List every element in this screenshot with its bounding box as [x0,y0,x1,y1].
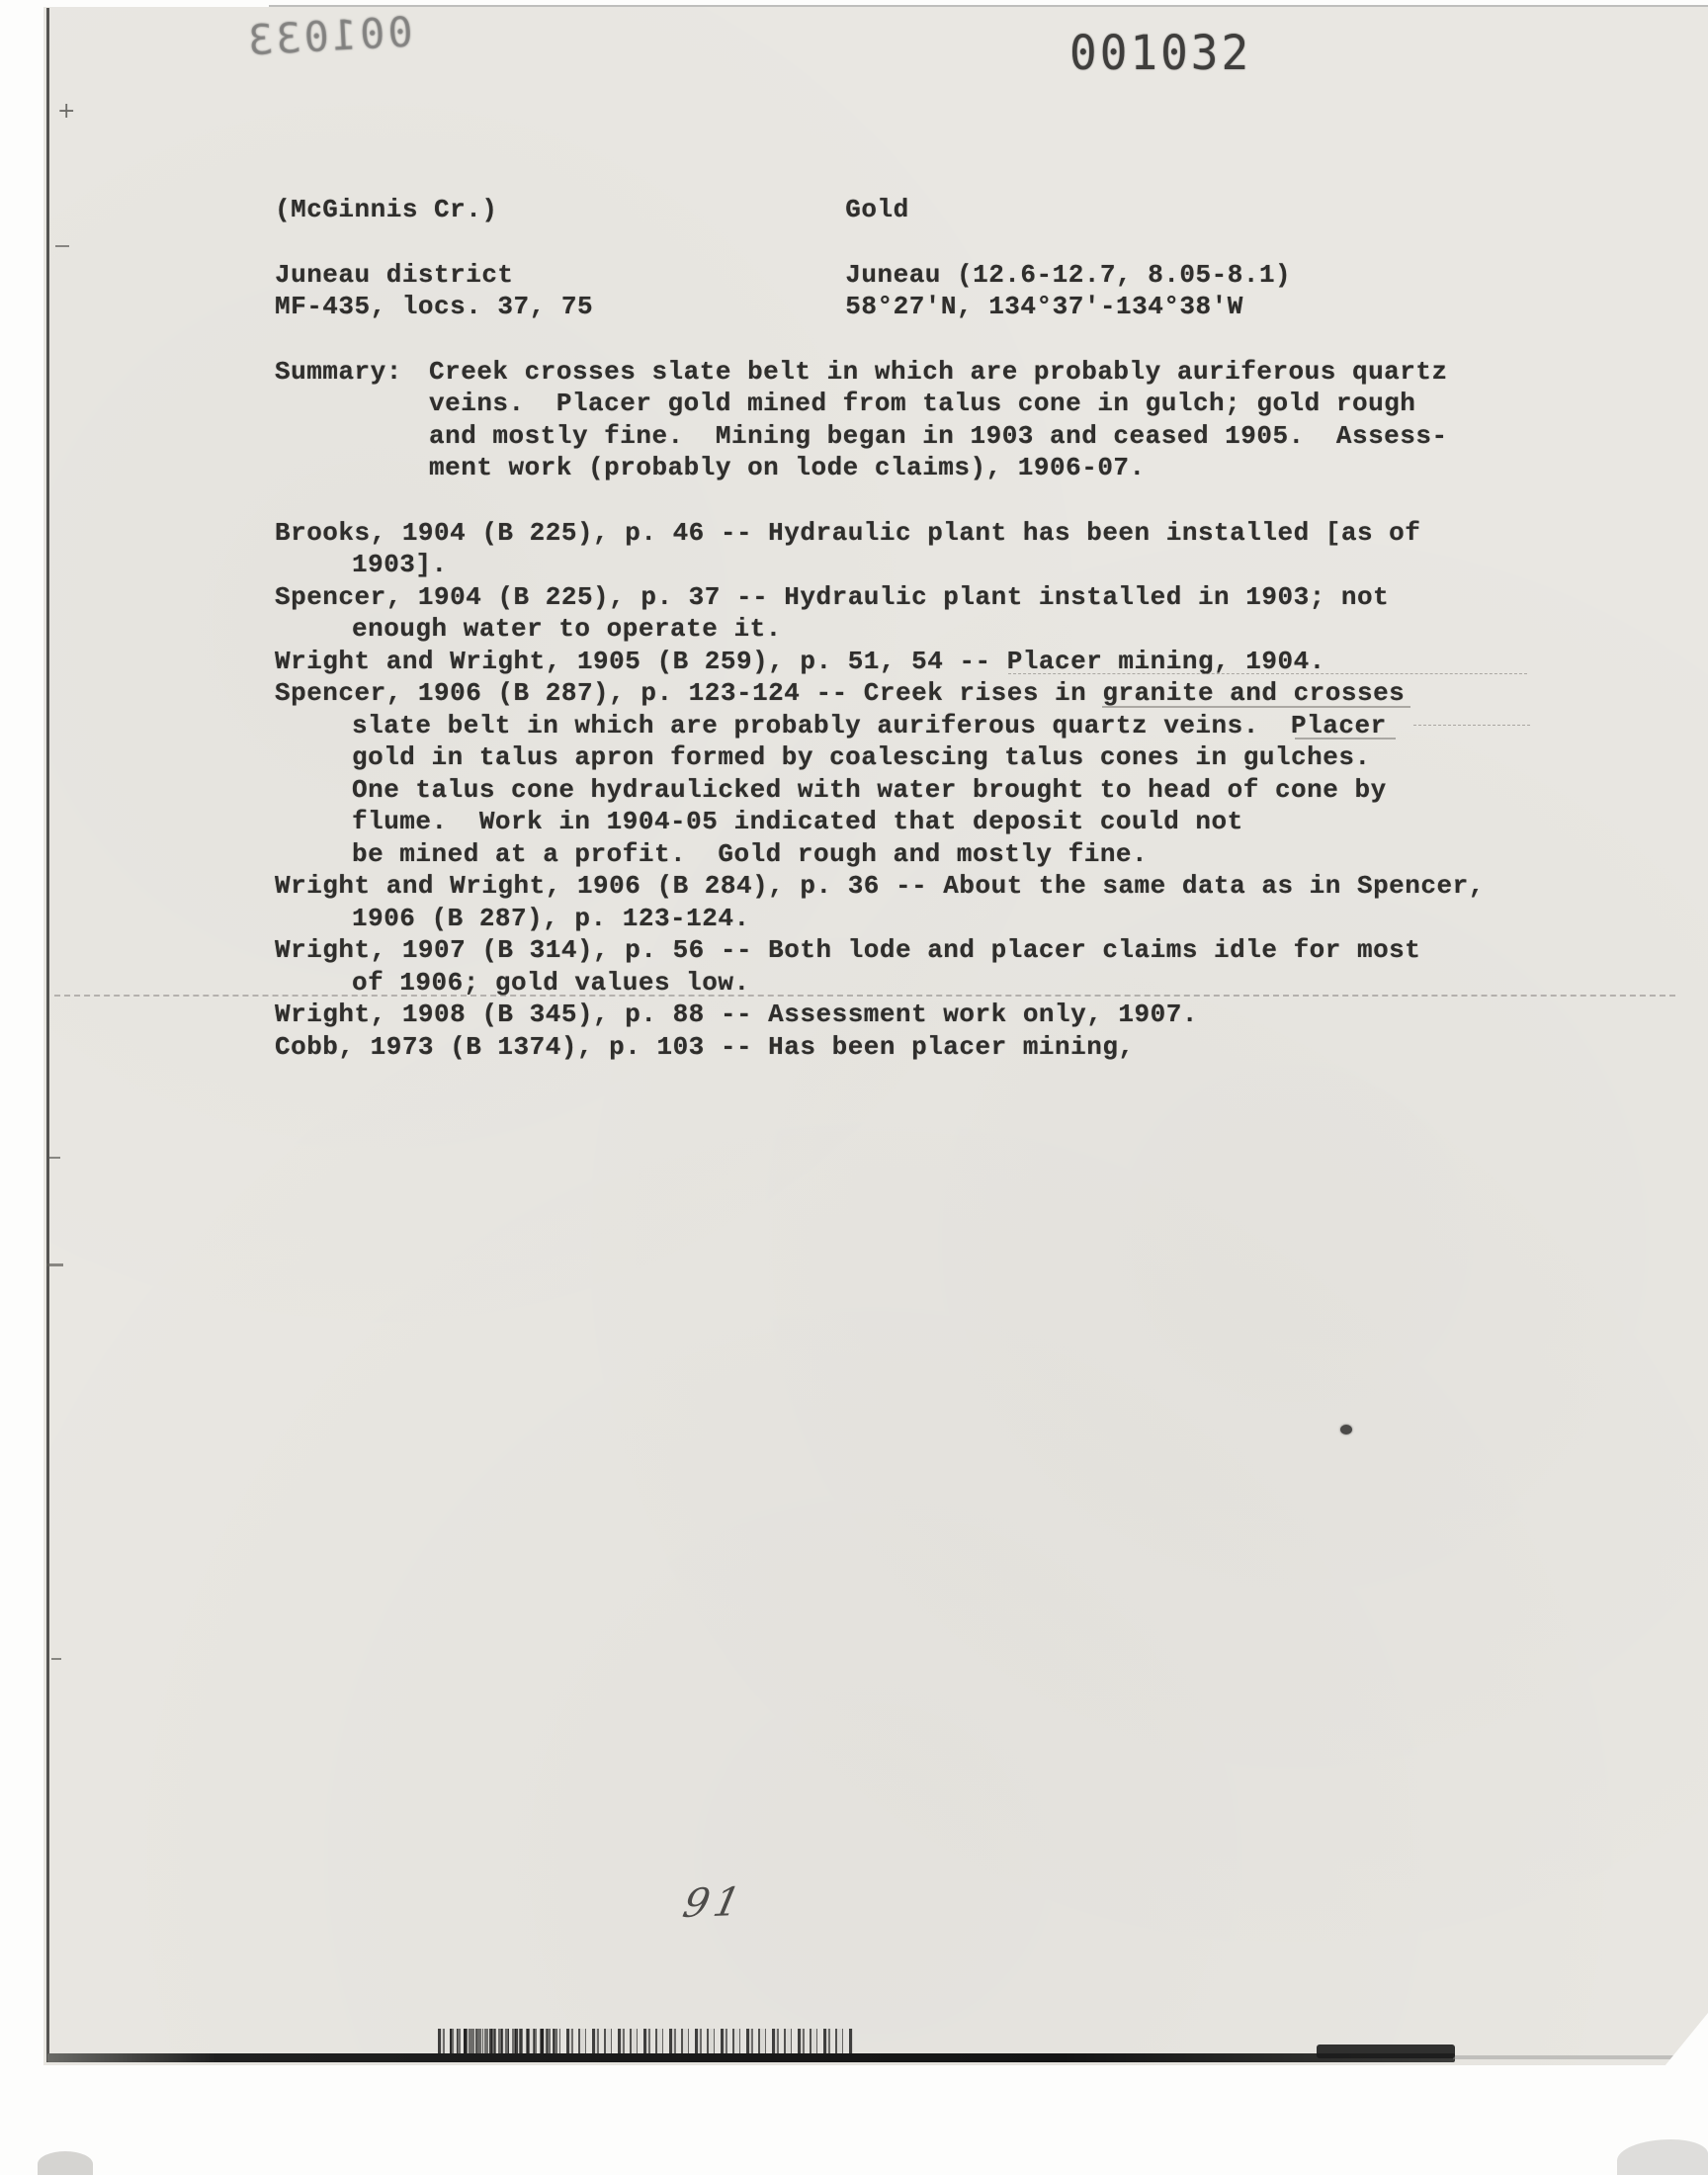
summary-line: and mostly fine. Mining began in 1903 an… [275,420,1589,453]
summary-label: Summary: [275,356,429,389]
coordinates: 58°27'N, 134°37'-134°38'W [845,292,1243,321]
map-reference: MF-435, locs. 37, 75 [275,291,845,323]
typewritten-text: (McGinnis Cr.)Gold Juneau districtJuneau… [275,194,1589,1063]
summary-line: ment work (probably on lode claims), 190… [275,452,1589,484]
scan-corner-shadow-right [1617,2139,1708,2175]
pencil-underline-granite-and-crosses [1102,706,1410,708]
reference-line: Cobb, 1973 (B 1374), p. 103 -- Has been … [275,1031,1589,1064]
district: Juneau district [275,259,845,292]
pencil-underline-placer-mining [1008,673,1527,674]
reference-line: Spencer, 1904 (B 225), p. 37 -- Hydrauli… [275,581,1589,614]
ink-dot [1340,1425,1352,1435]
bleed-through-stamp: 001033 [244,8,414,65]
scanned-document-page: { "stamps": { "bleed_through_number": "0… [0,0,1708,2175]
page-bottom-edge-band [47,2053,1455,2062]
reference-line: enough water to operate it. [275,613,1589,646]
commodity: Gold [845,195,908,224]
margin-dash [49,1157,60,1159]
pencil-rule-line [54,995,1675,997]
margin-dash [55,245,69,247]
reference-line: 1906 (B 287), p. 123-124. [275,903,1589,935]
summary-line: Summary:Creek crosses slate belt in whic… [275,356,1589,389]
reference-line: be mined at a profit. Gold rough and mos… [275,838,1589,871]
serial-number-stamp: 001032 [1069,25,1251,81]
reference-line: Wright and Wright, 1906 (B 284), p. 36 -… [275,870,1589,903]
quadrangle: Juneau (12.6-12.7, 8.05-8.1) [845,260,1291,290]
page-top-edge-line [269,5,1708,7]
reference-line: gold in talus apron formed by coalescing… [275,741,1589,774]
margin-dash [46,1263,63,1266]
reference-line: flume. Work in 1904-05 indicated that de… [275,806,1589,838]
reference-line: Wright, 1908 (B 345), p. 88 -- Assessmen… [275,999,1589,1031]
pencil-underline-placer [1295,738,1396,739]
reference-line: One talus cone hydraulicked with water b… [275,774,1589,807]
header-row: MF-435, locs. 37, 7558°27'N, 134°37'-134… [275,291,1589,323]
summary-line: veins. Placer gold mined from talus cone… [275,388,1589,420]
bottom-ink-streak [1317,2044,1455,2058]
header-row: (McGinnis Cr.)Gold [275,194,1589,226]
page-bottom-edge-faint [1453,2055,1676,2059]
summary-text: Creek crosses slate belt in which are pr… [429,357,1448,387]
header-row: Juneau districtJuneau (12.6-12.7, 8.05-8… [275,259,1589,292]
margin-dash [51,1658,61,1660]
handwritten-page-number: 91 [679,1879,749,1927]
reference-line: 1903]. [275,549,1589,581]
scan-corner-shadow-left [38,2151,93,2175]
reference-line: Spencer, 1906 (B 287), p. 123-124 -- Cre… [275,677,1589,710]
margin-plus-mark: + [57,99,75,124]
scanner-registration-marks-dense [450,2029,558,2054]
page-left-edge-line [46,8,49,2062]
pencil-dash-mark [1413,725,1530,726]
reference-line: Wright, 1907 (B 314), p. 56 -- Both lode… [275,934,1589,967]
reference-line: Brooks, 1904 (B 225), p. 46 -- Hydraulic… [275,517,1589,550]
site-name: (McGinnis Cr.) [275,194,845,226]
